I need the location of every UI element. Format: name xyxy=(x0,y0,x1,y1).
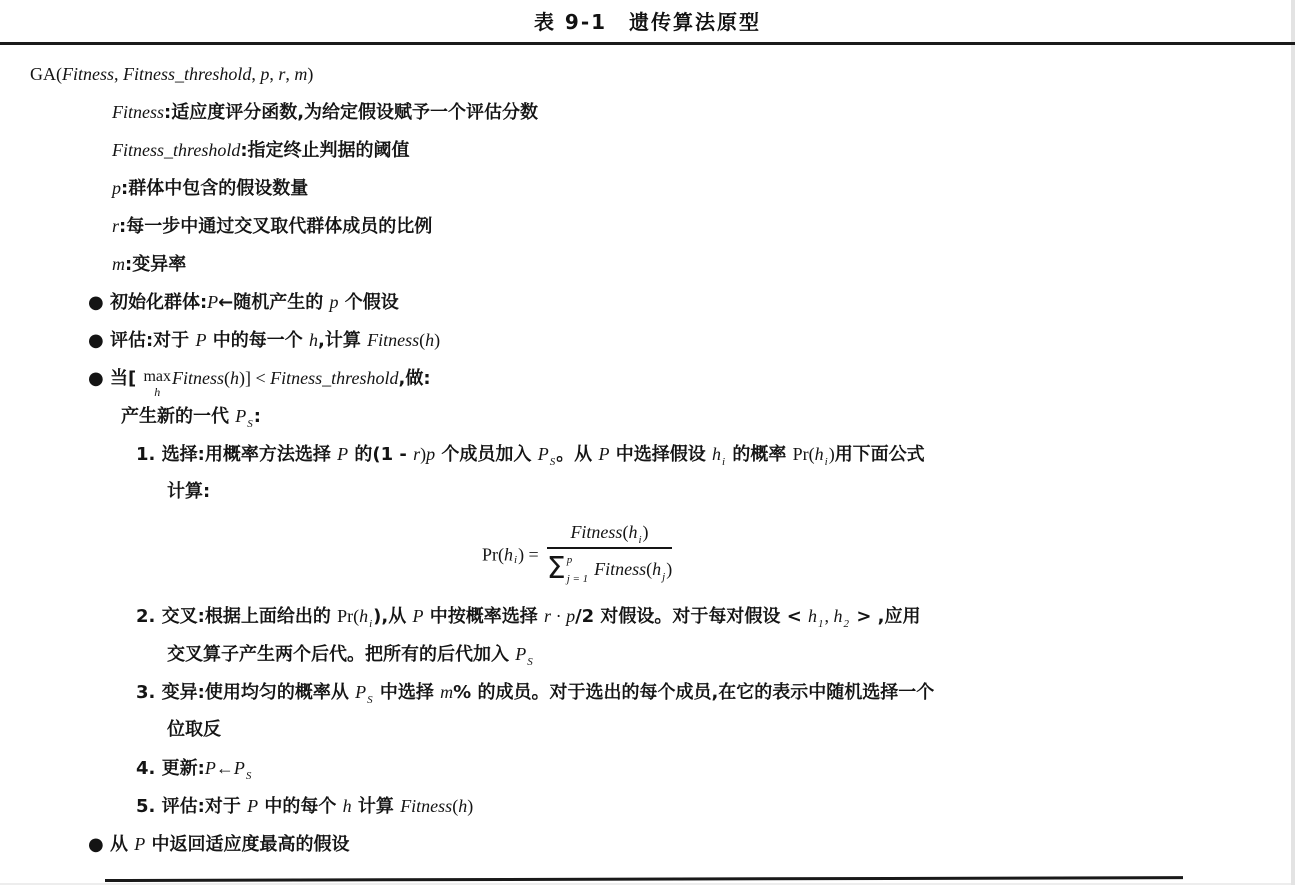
step-evaluate-line: ● 评估:对于 P 中的每一个 h,计算 Fitness(h) xyxy=(88,321,1295,359)
formula-lhs: Pr(hi) = xyxy=(482,543,539,565)
step1-continuation-line: 计算: xyxy=(167,473,1295,511)
algorithm-listing: GA(Fitness, Fitness_threshold, p, r, m) … xyxy=(0,45,1295,863)
step2-continuation-line: 交叉算子产生两个后代。把所有的后代加入 PS xyxy=(167,635,1295,673)
bottom-rule xyxy=(105,876,1183,882)
fraction-numerator: Fitness(hi) xyxy=(547,522,673,549)
param-r-line: r:每一步中通过交叉取代群体成员的比例 xyxy=(112,207,1295,245)
step3-continuation-line: 位取反 xyxy=(167,711,1295,749)
step-while-line: ● 当[ maxhFitness(h)] < Fitness_threshold… xyxy=(88,359,1295,397)
sigma-upper-limit: p xyxy=(567,554,573,567)
document-page: 表 9-1 遗传算法原型 GA(Fitness, Fitness_thresho… xyxy=(0,0,1295,885)
step-initialize-line: ● 初始化群体:P←随机产生的 p 个假设 xyxy=(88,283,1295,321)
param-threshold-line: Fitness_threshold:指定终止判据的阈值 xyxy=(112,131,1295,169)
param-fitness-line: Fitness:适应度评分函数,为给定假设赋予一个评估分数 xyxy=(112,93,1295,131)
table-caption: 表 9-1 遗传算法原型 xyxy=(0,0,1295,40)
param-m-line: m:变异率 xyxy=(112,245,1295,283)
return-hypothesis-line: ● 从 P 中返回适应度最高的假设 xyxy=(88,825,1295,863)
step5-evaluate-line: 5. 评估:对于 P 中的每个 h 计算 Fitness(h) xyxy=(136,787,1295,825)
formula-fraction: Fitness(hi) Σ p j = 1 Fitness(hj) xyxy=(547,522,673,585)
selection-probability-formula: Pr(hi) = Fitness(hi) Σ p j = 1 Fitness(h… xyxy=(0,511,1295,597)
denominator-term: Fitness(hj) xyxy=(594,559,672,580)
sigma-limits: p j = 1 xyxy=(567,554,588,585)
step4-update-line: 4. 更新:P←PS xyxy=(136,749,1295,787)
generate-generation-line: 产生新的一代 PS: xyxy=(121,397,1295,435)
param-p-line: p:群体中包含的假设数量 xyxy=(112,169,1295,207)
step3-mutation-line: 3. 变异:使用均匀的概率从 PS 中选择 m% 的成员。对于选出的每个成员,在… xyxy=(136,673,1295,711)
ga-signature-line: GA(Fitness, Fitness_threshold, p, r, m) xyxy=(30,55,1295,93)
sigma-operator: Σ xyxy=(547,554,566,584)
step1-selection-line: 1. 选择:用概率方法选择 P 的(1 - r)p 个成员加入 PS。从 P 中… xyxy=(136,435,1295,473)
step2-crossover-line: 2. 交叉:根据上面给出的 Pr(hi),从 P 中按概率选择 r · p/2 … xyxy=(136,597,1295,635)
fraction-denominator: Σ p j = 1 Fitness(hj) xyxy=(547,549,673,585)
sigma-lower-limit: j = 1 xyxy=(567,573,588,586)
